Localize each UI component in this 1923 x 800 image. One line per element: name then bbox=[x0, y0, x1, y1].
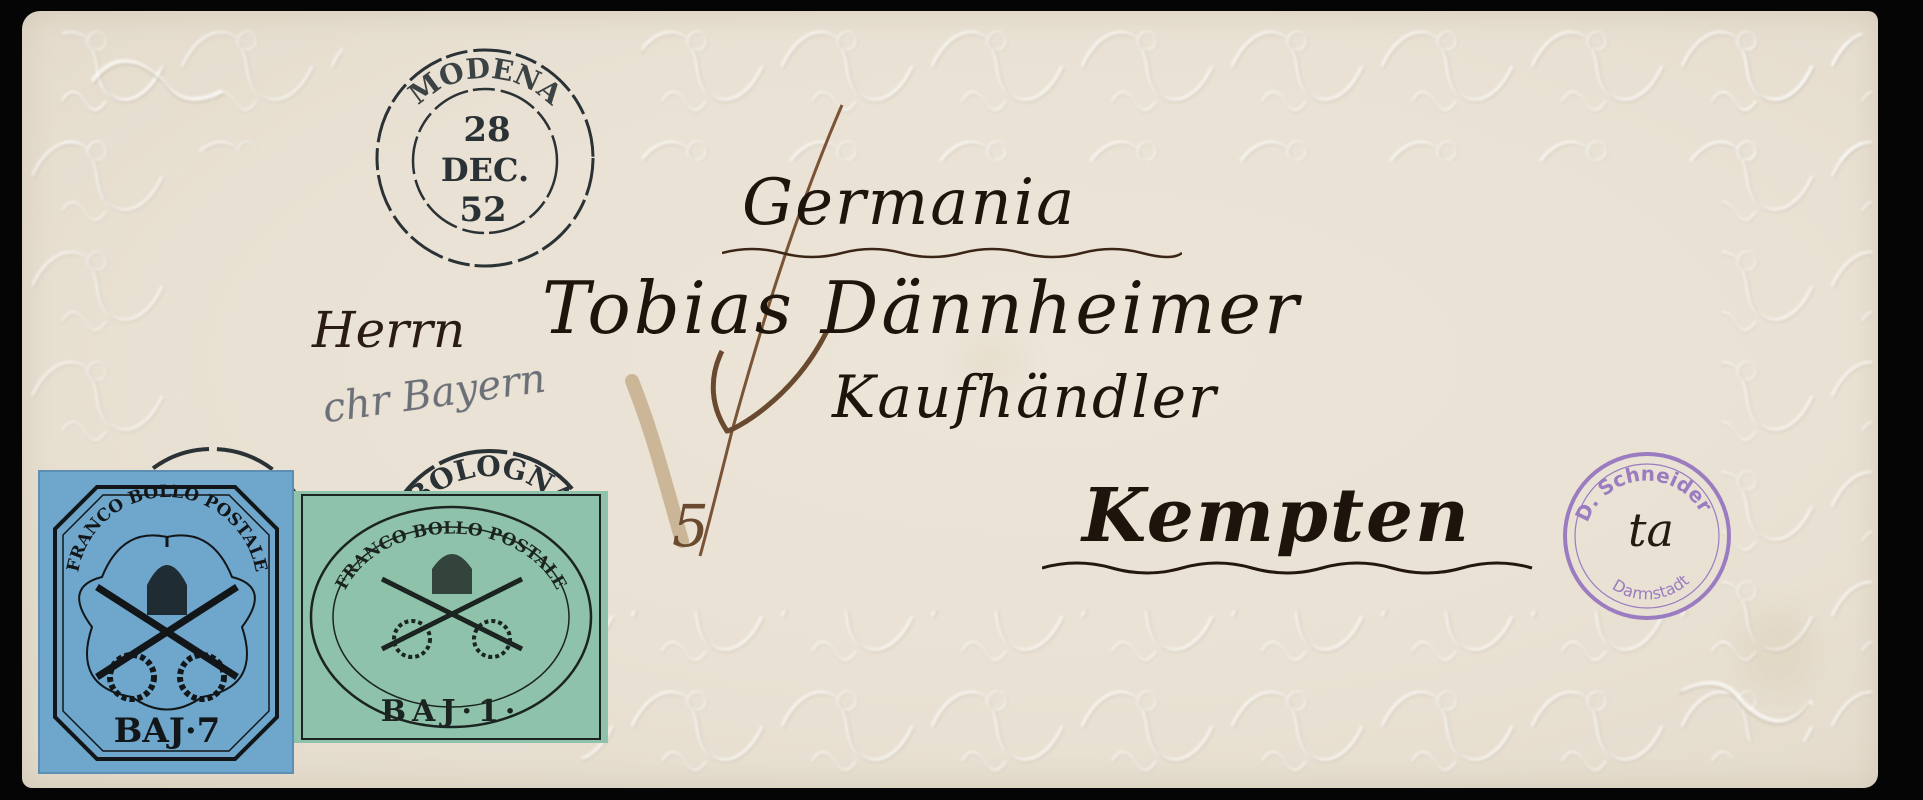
envelope: MODENA 28 DEC. 52 5 Germania Herrn Tobia… bbox=[22, 11, 1878, 788]
postmark-month: DEC. bbox=[441, 151, 529, 189]
stamp-value: BAJ·1· bbox=[381, 694, 522, 729]
stamp-7-baj: FRANCO BOLLO POSTALE BAJ·7 bbox=[37, 467, 295, 777]
address-name: Tobias Dännheimer bbox=[542, 266, 1301, 350]
paper-stain bbox=[1742, 611, 1812, 691]
postmark-year: 52 bbox=[459, 190, 506, 230]
city-underline bbox=[1042, 556, 1562, 580]
address-city: Kempten bbox=[1082, 473, 1471, 559]
postmark-day: 28 bbox=[463, 110, 510, 150]
address-salutation: Herrn bbox=[312, 301, 465, 359]
country-underline bbox=[722, 243, 1182, 263]
stamp-value: BAJ·7 bbox=[114, 711, 221, 751]
address-occupation: Kaufhändler bbox=[832, 363, 1218, 431]
manuscript-rate: 5 bbox=[672, 492, 709, 560]
schneider-cachet: D. Schneider Darmstadt ta bbox=[1557, 446, 1737, 626]
cachet-text-bottom: Darmstadt bbox=[1609, 571, 1692, 604]
address-country: Germania bbox=[742, 166, 1076, 240]
stamp-1-baj: FRANCO BOLLO POSTALE BAJ·1· bbox=[292, 489, 610, 745]
cachet-manuscript: ta bbox=[1628, 503, 1674, 557]
svg-text:Darmstadt: Darmstadt bbox=[1609, 571, 1692, 604]
